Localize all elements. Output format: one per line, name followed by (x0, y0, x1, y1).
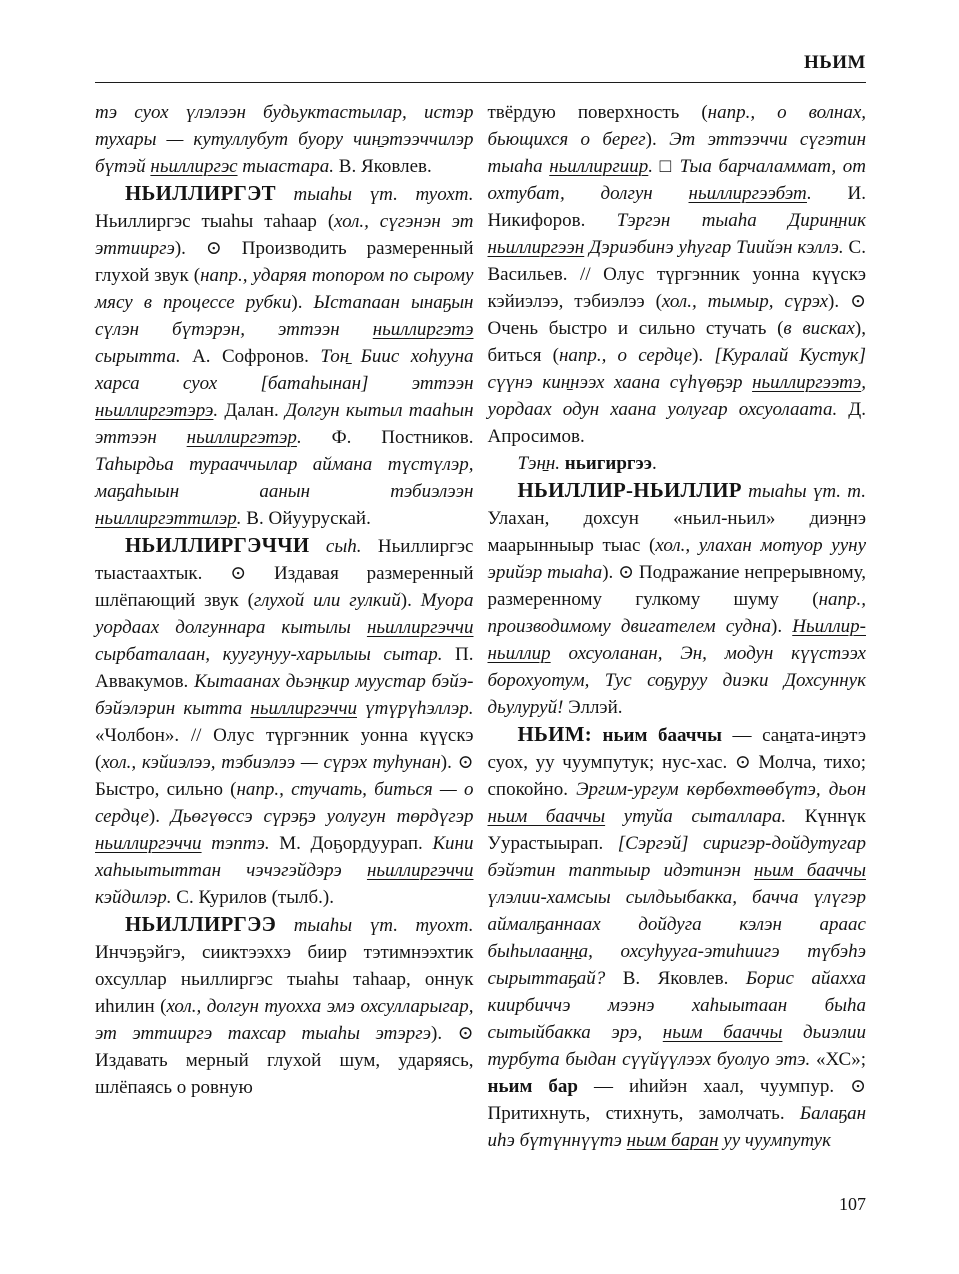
text-run: Ньиллиргэс тыаһы таһаар ( (95, 211, 334, 232)
text-run: ньиллиргэтэр (187, 427, 297, 448)
dictionary-paragraph: твёрдую поверхность (напр., о волнах, бь… (488, 99, 867, 450)
dictionary-page: НЬИМ тэ суох үлэлээн будьуктастылар, ист… (0, 0, 959, 1274)
text-run: В. Ойуурускай. (242, 508, 371, 529)
text-run: Дьөгүөссэ сүрэҕэ уолугун төрдүгэр (171, 806, 474, 827)
text-run: ньиллиргэччи (95, 833, 202, 854)
text-run: ньиллиргэччи (367, 860, 474, 881)
text-run: НЬИМ: (518, 722, 593, 746)
text-run: Таһырдьа турааччылар аймана түстүлэр, ма… (95, 454, 474, 502)
text-run: ньим бааччы (663, 1022, 783, 1043)
text-run: . (652, 453, 657, 474)
text-run: ). (692, 345, 714, 366)
text-run: кэйдилэр. (95, 887, 172, 908)
text-run: ). (646, 129, 669, 150)
dictionary-paragraph: НЬИЛЛИРГЭТ тыаһы үт. туохт. Ньиллиргэс т… (95, 180, 474, 532)
text-run: ньиллиргэс (150, 156, 237, 177)
dictionary-paragraph: НЬИМ: ньим бааччы — сан̱ата-ин̱этэ суох,… (488, 721, 867, 1154)
text-run: НЬИЛЛИРГЭЧЧИ (125, 533, 309, 557)
text-run: ньигиргээ (565, 453, 652, 474)
text-run: тыастара. (238, 156, 334, 177)
text-run: С. Курилов (тылб.). (172, 887, 334, 908)
text-run: хол., кэйиэлээ, тэбиэлээ — сүрэх туһунан (101, 752, 440, 773)
text-run: үтүрүһэллэр. (357, 698, 474, 719)
text-run: Эргим-ургум көрбөхтөөбүтэ, дьон (576, 779, 866, 800)
text-run: ньиллиргэччи (367, 617, 474, 638)
header-rule (95, 82, 866, 83)
text-run: «ХС»; (810, 1049, 866, 1070)
text-run: сырытта. (95, 346, 181, 367)
text-run: хол., тымыр, сүрэх (662, 291, 828, 312)
text-run: ньиллиргээтэ (752, 372, 861, 393)
text-run: Тэргэн тыаһа Дирин̱ник (617, 210, 866, 231)
text-run: напр., о сердце (559, 345, 692, 366)
text-run: ньиллиргээбэт (689, 183, 807, 204)
text-run: тэптэ. (202, 833, 270, 854)
right-column: твёрдую поверхность (напр., о волнах, бь… (488, 99, 867, 1154)
dictionary-paragraph: тэ суох үлэлээн будьуктастылар, истэр ту… (95, 99, 474, 180)
running-head: НЬИМ (95, 52, 866, 74)
text-run: уу чуумпутук (719, 1130, 831, 1151)
text-run: М. Доҕордуурап. (270, 833, 433, 854)
text-run: ньиллиргэттилэр (95, 508, 237, 529)
text-run: ньим баран (627, 1130, 719, 1151)
text-run: НЬИЛЛИРГЭЭ (125, 912, 276, 936)
page-number: 107 (839, 1194, 866, 1215)
text-run: ньим бааччы (592, 725, 733, 746)
text-run: В. Яковлев. (334, 156, 432, 177)
dictionary-paragraph: НЬИЛЛИРГЭЧЧИ сыһ. Ньиллиргэс тыастаахтык… (95, 532, 474, 911)
text-run: НЬИЛЛИРГЭТ (125, 181, 276, 205)
text-run: А. Софронов. (181, 346, 321, 367)
text-run: Далан. (218, 400, 285, 421)
text-run: ньиллиргиир (549, 156, 648, 177)
text-run: ньим бааччы (754, 860, 866, 881)
text-run: ). (771, 616, 792, 637)
text-run: ). (291, 292, 313, 313)
dictionary-paragraph: НЬИЛЛИР-НЬИЛЛИР тыаһы үт. т. Улахан, дох… (488, 477, 867, 721)
text-run: Эллэй. (563, 697, 622, 718)
text-run: сыһ. (309, 536, 361, 557)
text-run: твёрдую поверхность ( (488, 102, 708, 123)
text-run: ). (401, 590, 421, 611)
dictionary-paragraph: Тэн̱н. ньигиргээ. (488, 450, 867, 477)
text-run: глухой или гулкий (254, 590, 401, 611)
text-run: Дэриэбинэ уһугар Тиийэн кэллэ. (584, 237, 843, 258)
text-run: тыаһы үт. туохт. (276, 184, 474, 205)
text-run: ньиллиргэтэ (373, 319, 474, 340)
text-run: утуйа сыталлара. (605, 806, 786, 827)
text-run: ньиллиргэтэрэ (95, 400, 213, 421)
text-run: □ (653, 156, 680, 177)
text-run: ньим бааччы (488, 806, 606, 827)
text-run: ньиллиргээн (488, 237, 585, 258)
text-run: тыаһы үт. туохт. (276, 915, 473, 936)
text-run: сырбаталаан, куугунуу-харылыы сытар. (95, 644, 442, 665)
text-run: тыаһы үт. т. (742, 481, 866, 502)
text-run: в висках (783, 318, 855, 339)
text-run: НЬИЛЛИР-НЬИЛЛИР (518, 478, 742, 502)
text-run: ). (149, 806, 171, 827)
text-run: В. Яковлев. (605, 968, 746, 989)
text-run: ньим бар (488, 1076, 594, 1097)
text-run: Ф. Постников. (302, 427, 474, 448)
text-run: ньиллиргэччи (250, 698, 357, 719)
dictionary-paragraph: НЬИЛЛИРГЭЭ тыаһы үт. туохт. Инчэҕэйгэ, с… (95, 911, 474, 1101)
text-run: Тэн̱н. (518, 453, 565, 474)
text-columns: тэ суох үлэлээн будьуктастылар, истэр ту… (95, 99, 866, 1154)
left-column: тэ суох үлэлээн будьуктастылар, истэр ту… (95, 99, 474, 1154)
